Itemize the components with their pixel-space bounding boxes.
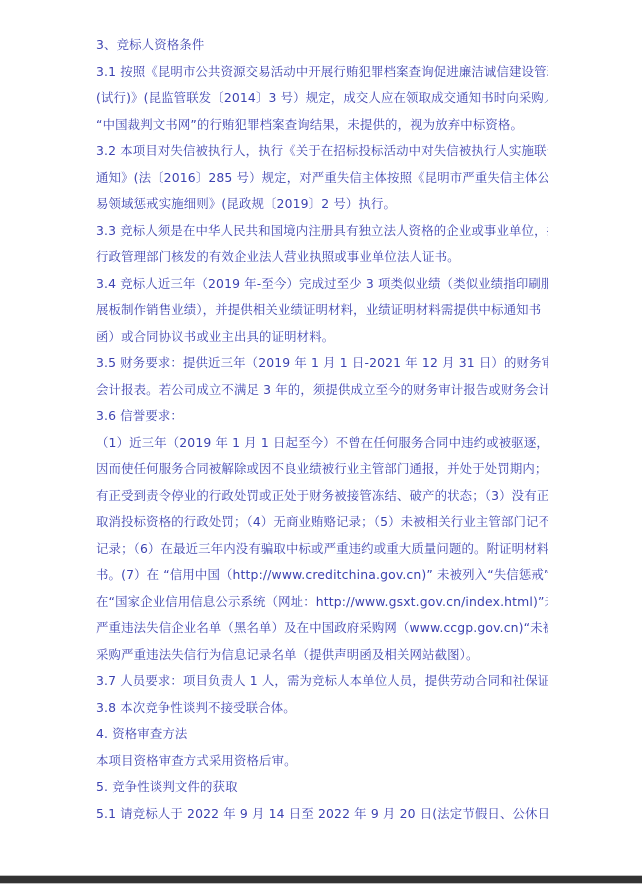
clause-3-6-line-4: 取消投标资格的行政处罚；（4）无商业贿赂记录；（5）未被相关行业主管部门记不良行…	[96, 509, 548, 536]
clause-3-3-line-2: 行政管理部门核发的有效企业法人营业执照或事业单位法人证书。	[96, 244, 548, 271]
clause-3-6-line-2: 因而使任何服务合同被解除或因不良业绩被行业主管部门通报，并处于处罚期内；（2）没	[96, 456, 548, 483]
clause-3-6-line-3: 有正受到责令停业的行政处罚或正处于财务被接管冻结、破产的状态；（3）没有正在受到	[96, 483, 548, 510]
clause-3-6-heading: 3.6 信誉要求：	[96, 403, 548, 430]
clause-3-8: 3.8 本次竞争性谈判不接受联合体。	[96, 695, 548, 722]
bottom-scroll-bar	[0, 875, 642, 884]
document-page: 3、竞标人资格条件 3.1 按照《昆明市公共资源交易活动中开展行贿犯罪档案查询促…	[96, 32, 548, 827]
clause-3-4-line-2: 展板制作销售业绩），并提供相关业绩证明材料，业绩证明材料需提供中标通知书（或委托	[96, 297, 548, 324]
clause-3-7: 3.7 人员要求：项目负责人 1 人，需为竞标人本单位人员，提供劳动合同和社保证…	[96, 668, 548, 695]
clause-3-1-line-2: (试行)》(昆监管联发〔2014〕3 号）规定，成交人应在领取成交通知书时向采购…	[96, 85, 548, 112]
clause-3-6-line-1: （1）近三年（2019 年 1 月 1 日起至今）不曾在任何服务合同中违约或被驱…	[96, 430, 548, 457]
clause-3-2-line-3: 易领域惩戒实施细则》(昆政规〔2019〕2 号）执行。	[96, 191, 548, 218]
clause-3-5-line-1: 3.5 财务要求：提供近三年（2019 年 1 月 1 日-2021 年 12 …	[96, 350, 548, 377]
clause-3-5-line-2: 会计报表。若公司成立不满足 3 年的，须提供成立至今的财务审计报告或财务会计报表…	[96, 377, 548, 404]
clause-3-4-line-3: 函）或合同协议书或业主出具的证明材料。	[96, 324, 548, 351]
clause-3-6-line-8: 严重违法失信企业名单（黑名单）及在中国政府采购网（www.ccgp.gov.cn…	[96, 615, 548, 642]
clause-3-6-line-9: 采购严重违法失信行为信息记录名单（提供声明函及相关网站截图）。	[96, 642, 548, 669]
clause-3-6-line-7: 在“国家企业信用信息公示系统（网址：http://www.gsxt.gov.cn…	[96, 589, 548, 616]
clause-3-4-line-1: 3.4 竞标人近三年（2019 年-至今）完成过至少 3 项类似业绩（类似业绩指…	[96, 271, 548, 298]
clause-3-2-line-1: 3.2 本项目对失信被执行人，执行《关于在招标投标活动中对失信被执行人实施联合惩…	[96, 138, 548, 165]
clause-3-3-line-1: 3.3 竞标人须是在中华人民共和国境内注册具有独立法人资格的企业或事业单位，持有…	[96, 218, 548, 245]
clause-3-2-line-2: 通知》(法〔2016〕285 号）规定，对严重失信主体按照《昆明市严重失信主体公…	[96, 165, 548, 192]
clause-5-1-line-1: 5.1 请竞标人于 2022 年 9 月 14 日至 2022 年 9 月 20…	[96, 801, 548, 828]
clause-3-1-line-3: “中国裁判文书网”的行贿犯罪档案查询结果，未提供的，视为放弃中标资格。	[96, 112, 548, 139]
section-heading-4: 4. 资格审查方法	[96, 721, 548, 748]
section-heading-3: 3、竞标人资格条件	[96, 32, 548, 59]
clause-3-6-line-5: 记录；（6）在最近三年内没有骗取中标或严重违约或重大质量问题的。附证明材料或承诺	[96, 536, 548, 563]
section-4-body: 本项目资格审查方式采用资格后审。	[96, 748, 548, 775]
clause-3-1-line-1: 3.1 按照《昆明市公共资源交易活动中开展行贿犯罪档案查询促进廉洁诚信建设管理规…	[96, 59, 548, 86]
section-heading-5: 5. 竞争性谈判文件的获取	[96, 774, 548, 801]
clause-3-6-line-6: 书。(7）在 “信用中国（http://www.creditchina.gov.…	[96, 562, 548, 589]
